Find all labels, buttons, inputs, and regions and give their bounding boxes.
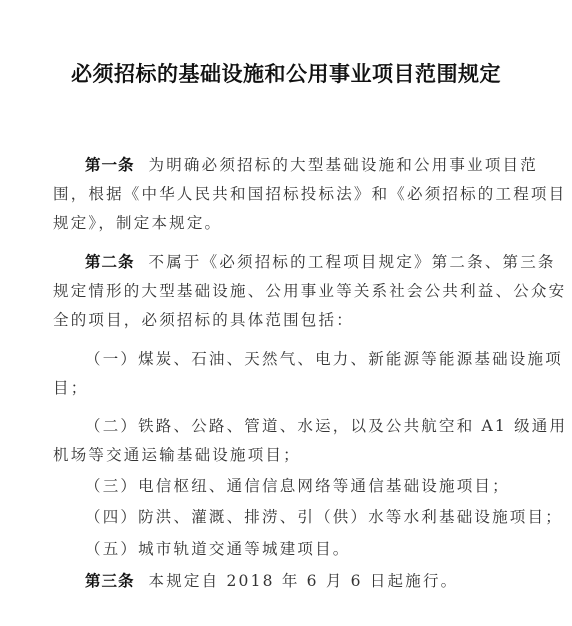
article-2-text: 不属于《必须招标的工程项目规定》第二条、第三条	[149, 253, 556, 271]
item-1-line-2: 目；	[53, 378, 523, 398]
item-2-line-1: （二）铁路、公路、管道、水运，以及公共航空和 A1 级通用	[85, 416, 555, 436]
item-3: （三）电信枢纽、通信信息网络等通信基础设施项目；	[85, 476, 555, 496]
article-1-line-2: 围，根据《中华人民共和国招标投标法》和《必须招标的工程项目	[53, 184, 523, 204]
document-title: 必须招标的基础设施和公用事业项目范围规定	[0, 58, 572, 88]
article-3-label: 第三条	[85, 572, 135, 590]
article-2-label: 第二条	[85, 253, 135, 271]
item-5: （五）城市轨道交通等城建项目。	[85, 539, 555, 559]
article-1-line-3: 规定》，制定本规定。	[53, 213, 523, 233]
article-2-line-2: 规定情形的大型基础设施、公用事业等关系社会公共利益、公众安	[53, 281, 523, 301]
item-1-line-1: （一）煤炭、石油、天然气、电力、新能源等能源基础设施项	[85, 349, 555, 369]
article-1-text: 为明确必须招标的大型基础设施和公用事业项目范	[149, 156, 538, 174]
article-1-line-1: 第一条为明确必须招标的大型基础设施和公用事业项目范	[85, 155, 555, 175]
item-4: （四）防洪、灌溉、排涝、引（供）水等水利基础设施项目；	[85, 507, 555, 527]
item-2-line-2: 机场等交通运输基础设施项目；	[53, 445, 523, 465]
article-3-text: 本规定自 2018 年 6 月 6 日起施行。	[149, 572, 459, 590]
article-1-label: 第一条	[85, 156, 135, 174]
article-3-line-1: 第三条本规定自 2018 年 6 月 6 日起施行。	[85, 571, 555, 591]
article-2-line-3: 全的项目，必须招标的具体范围包括：	[53, 310, 523, 330]
article-2-line-1: 第二条不属于《必须招标的工程项目规定》第二条、第三条	[85, 252, 555, 272]
